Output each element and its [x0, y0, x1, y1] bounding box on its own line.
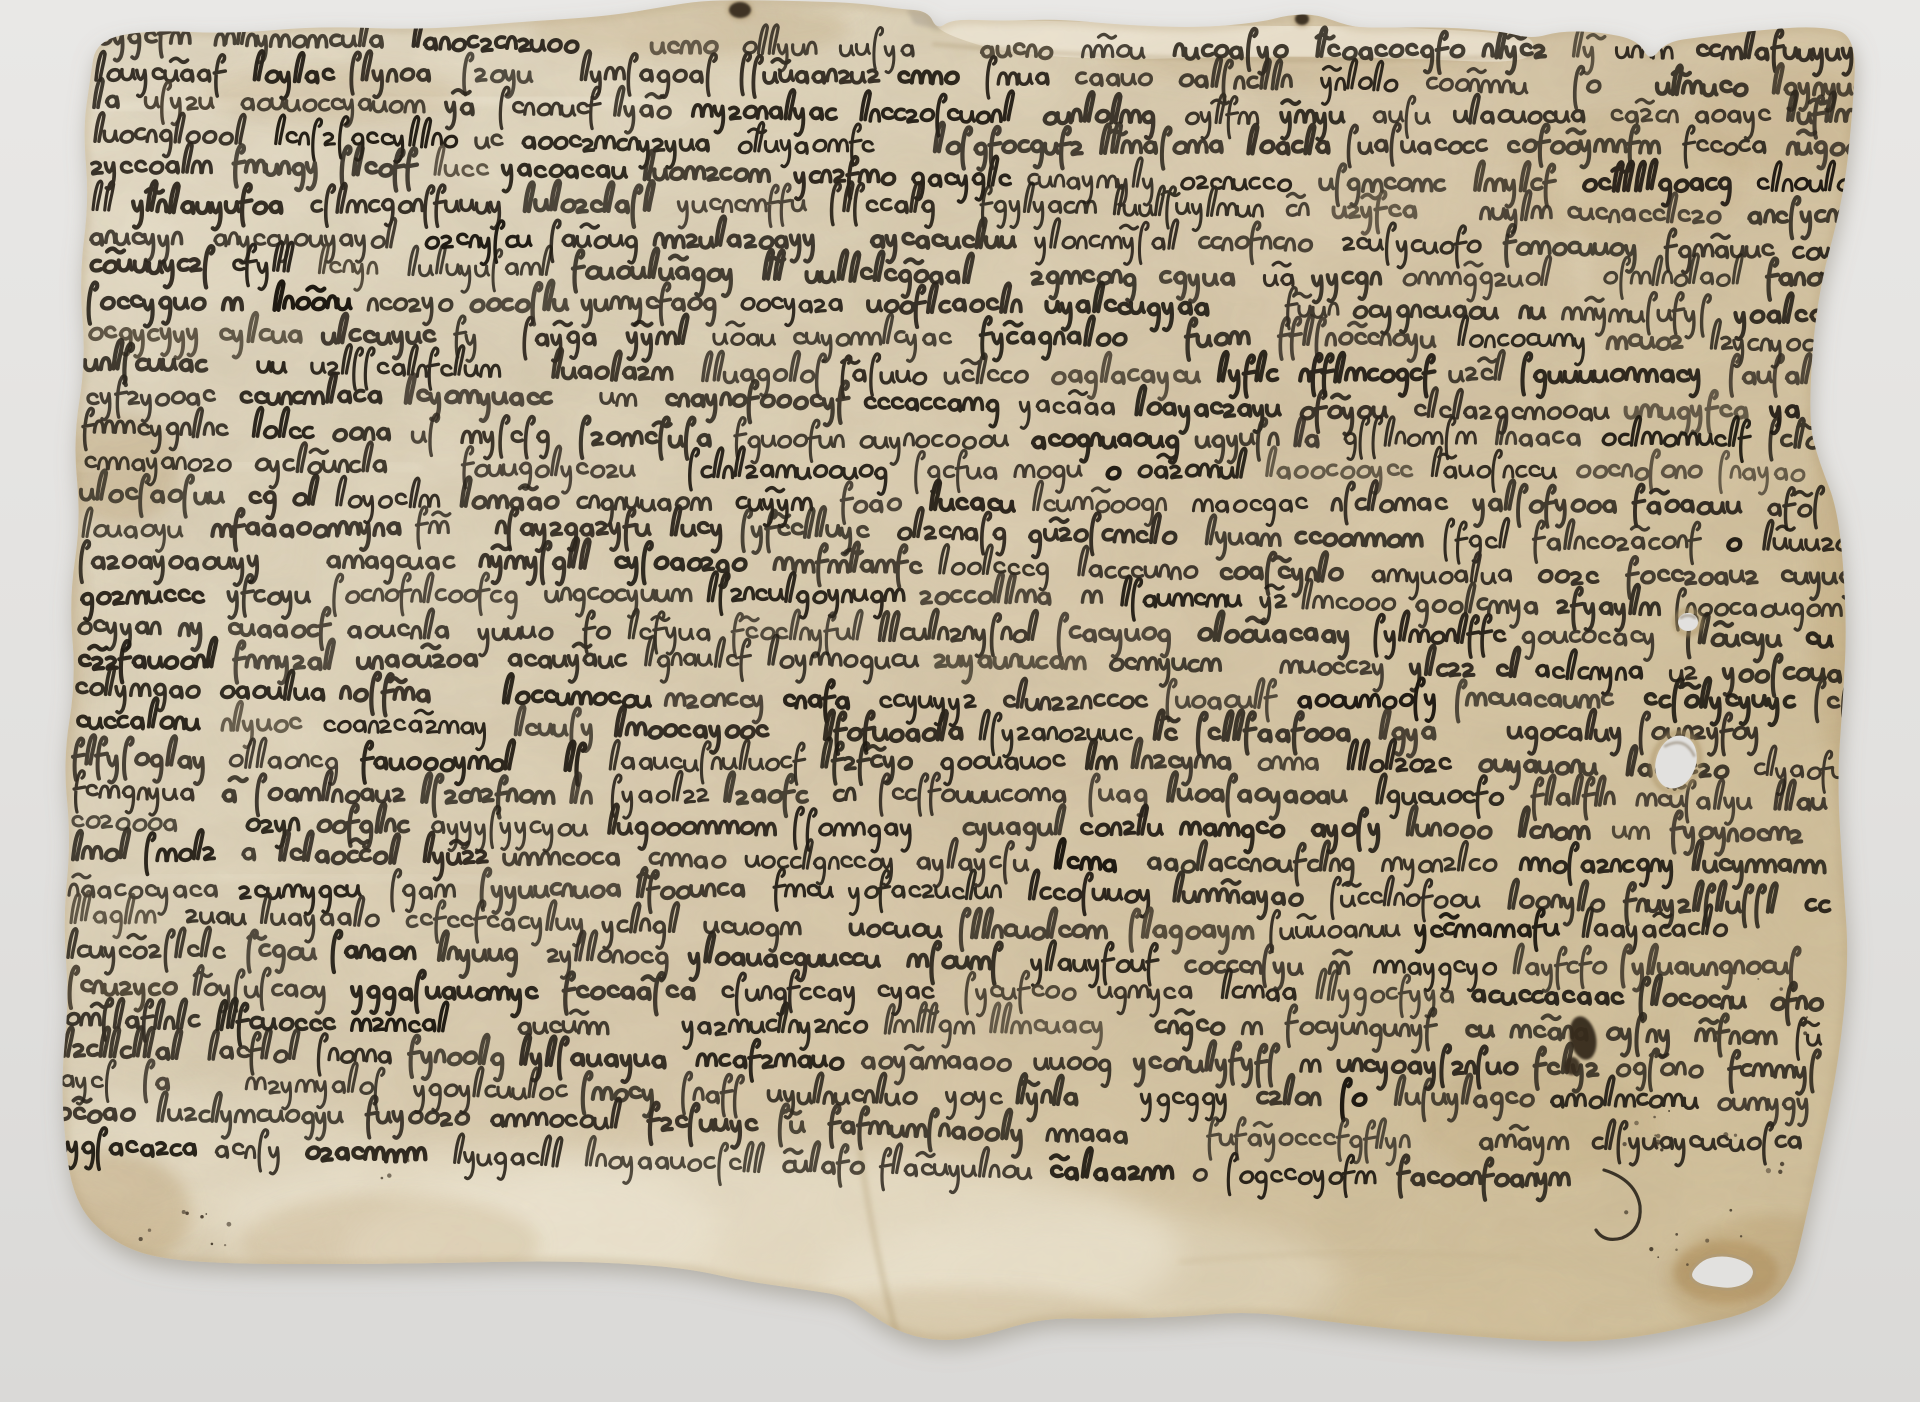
speckle-dot	[1729, 1209, 1732, 1212]
speckle-dot	[227, 1222, 232, 1227]
speckle-dot	[1778, 1170, 1782, 1174]
speckle-dot	[1766, 1168, 1771, 1173]
binding-hole	[729, 2, 751, 18]
manuscript-photo-stage	[0, 0, 1920, 1402]
speckle-dot	[1686, 1263, 1689, 1266]
speckle-dot	[1660, 1148, 1663, 1151]
speckle-dot	[185, 1212, 189, 1216]
speckle-dot	[1780, 1162, 1784, 1166]
speckle-dot	[205, 1213, 207, 1215]
speckle-dot	[211, 1243, 214, 1246]
speckle-dot	[182, 1210, 186, 1214]
speckle-dot	[224, 1244, 226, 1246]
binding-hole	[1295, 13, 1309, 25]
speckle-dot	[1624, 1210, 1628, 1214]
speckle-dot	[148, 1229, 151, 1232]
speckle-dot	[381, 1177, 384, 1180]
speckle-dot	[1740, 1235, 1742, 1237]
speckle-dot	[387, 1173, 391, 1177]
tear-hole	[1691, 1255, 1755, 1289]
speckle-dot	[1656, 1140, 1661, 1145]
speckle-dot	[1675, 1249, 1678, 1252]
manuscript-photo	[0, 0, 1920, 1402]
speckle-dot	[1622, 1142, 1626, 1146]
speckle-dot	[1723, 1132, 1728, 1137]
speckle-dot	[1654, 1134, 1656, 1136]
speckle-dot	[1657, 1256, 1659, 1258]
speckle-dot	[1656, 1134, 1660, 1138]
stain	[200, 66, 460, 122]
parchment-surface	[15, 0, 1887, 1372]
speckle-dot	[1806, 1016, 1808, 1018]
speckle-dot	[1757, 978, 1759, 980]
speckle-dot	[1649, 1247, 1653, 1251]
ink-blot	[1564, 1057, 1580, 1075]
speckle-dot	[1653, 1116, 1656, 1119]
speckle-dot	[406, 1159, 410, 1163]
speckle-dot	[139, 1237, 143, 1241]
speckle-dot	[1668, 1110, 1670, 1112]
speckle-dot	[200, 1215, 204, 1219]
speckle-dot	[1675, 1233, 1678, 1236]
speckle-dot	[1705, 1239, 1709, 1243]
speckle-dot	[1734, 1134, 1737, 1137]
speckle-dot	[1634, 1121, 1639, 1126]
speckle-dot	[1805, 1000, 1807, 1002]
speckle-dot	[1803, 1031, 1807, 1035]
speckle-dot	[1779, 987, 1783, 991]
